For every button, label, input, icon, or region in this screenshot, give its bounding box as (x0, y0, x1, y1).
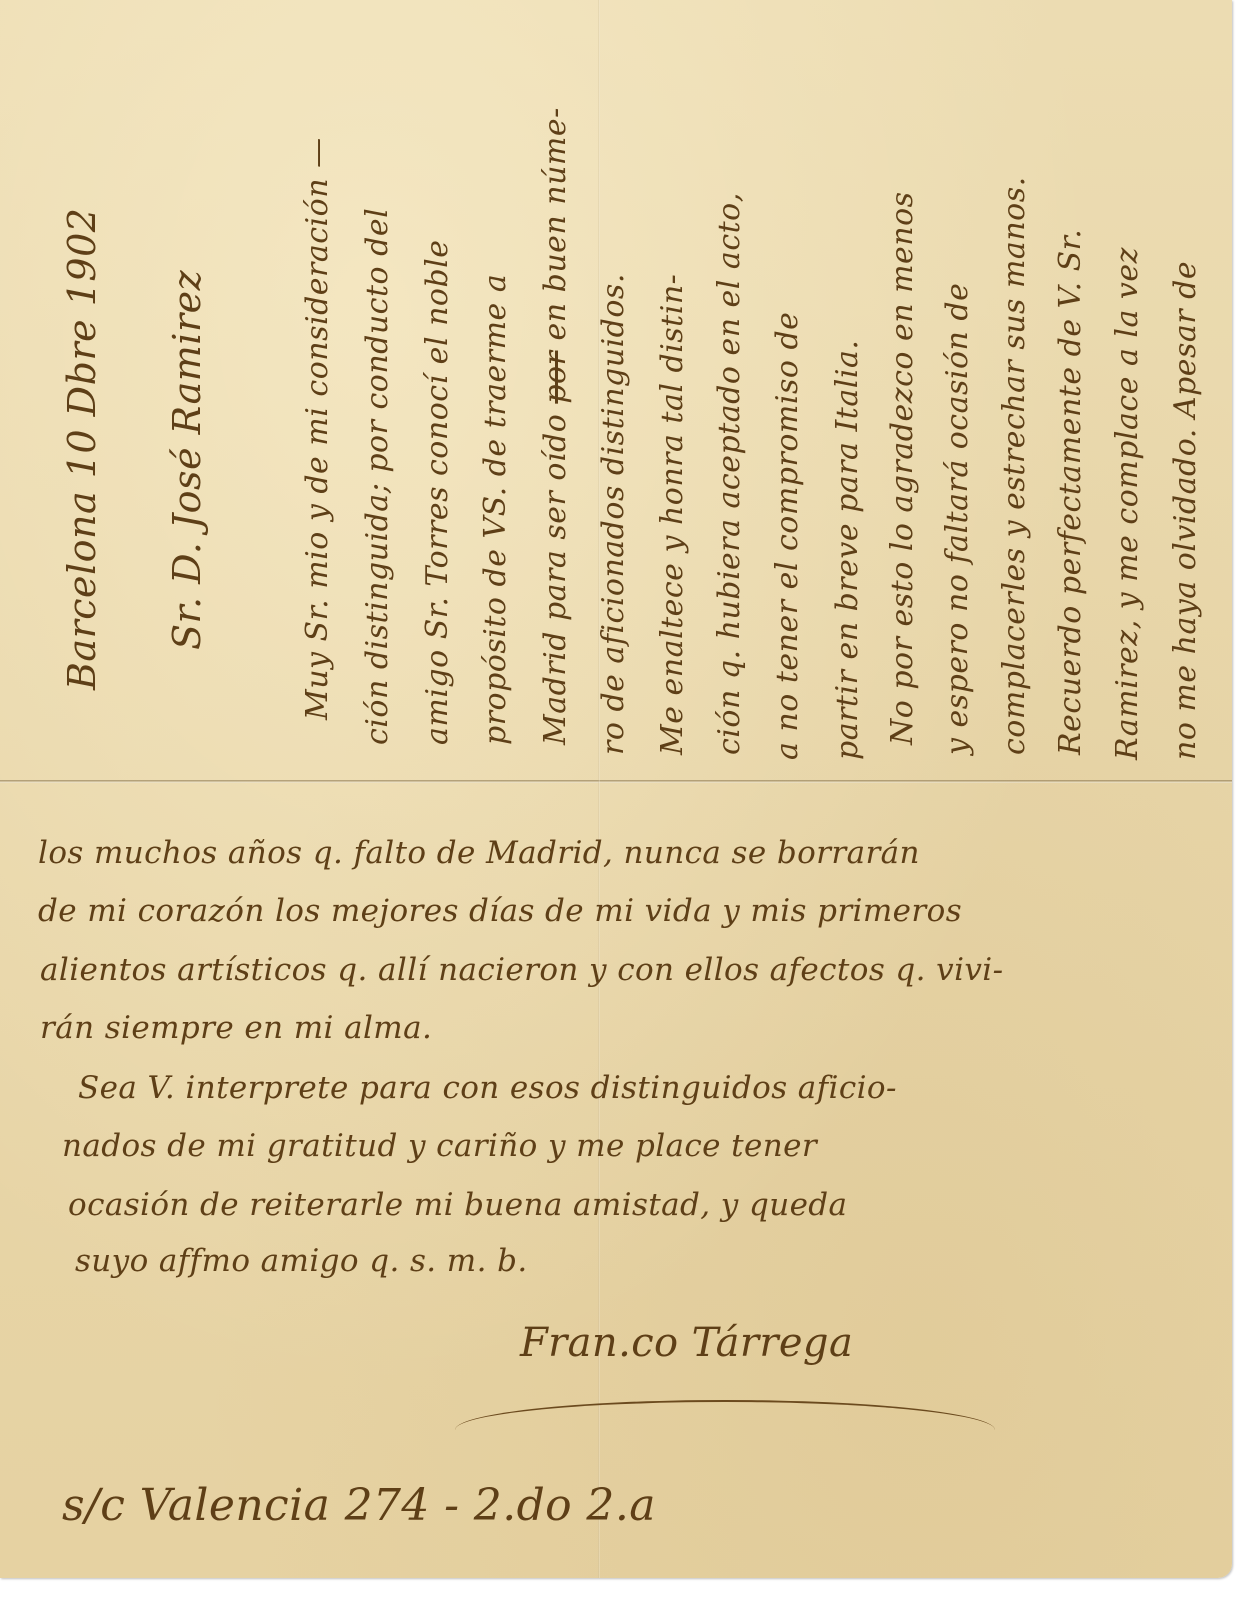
lower-line-5: Sea V. interprete para con esos distingu… (78, 1070, 897, 1106)
body-line-5-text: Madrid para ser oído (538, 414, 573, 745)
body-line-9: a no tener el compromiso de (770, 312, 805, 760)
horizontal-fold-crease (0, 780, 1232, 783)
body-line-8: ción q. hubiera aceptado en el acto, (712, 192, 747, 755)
body-line-2: ción distinguida; por conducto del (360, 208, 395, 745)
addressee: Sr. D. José Ramirez (165, 270, 209, 650)
lower-line-7: ocasión de reiterarle mi buena amistad, … (68, 1187, 847, 1223)
body-line-16: no me haya olvidado. Apesar de (1168, 261, 1203, 760)
lower-line-1: los muchos años q. falto de Madrid, nunc… (38, 835, 920, 871)
body-line-15: Ramirez, y me complace a la vez (1110, 247, 1145, 760)
body-line-5: Madrid para ser oído por en buen núme- (538, 107, 573, 745)
body-line-6: ro de aficionados distinguidos. (596, 273, 631, 755)
body-line-5-cont: en buen núme- (538, 107, 573, 340)
lower-line-2: de mi corazón los mejores días de mi vid… (38, 893, 962, 929)
lower-line-6: nados de mi gratitud y cariño y me place… (62, 1128, 817, 1164)
lower-line-4: rán siempre en mi alma. (40, 1010, 432, 1046)
body-line-11: No por esto lo agradezco en menos (885, 191, 920, 745)
body-line-13: complacerles y estrechar sus manos. (997, 176, 1032, 755)
body-line-10: partir en breve para Italia. (830, 340, 865, 760)
lower-line-8: suyo affmo amigo q. s. m. b. (75, 1243, 528, 1279)
body-line-12: y espero no faltará ocasión de (940, 283, 975, 755)
body-line-14: Recuerdo perfectamente de V. Sr. (1053, 229, 1088, 755)
body-line-4: propósito de VS. de traerme a (478, 274, 513, 745)
signature: Fran.co Tárrega (520, 1320, 853, 1366)
lower-line-3: alientos artísticos q. allí nacieron y c… (40, 952, 1004, 988)
struck-word: por (538, 351, 573, 404)
sender-address: s/c Valencia 274 - 2.do 2.a (62, 1480, 656, 1531)
body-line-7: Me enaltece y honra tal distin- (655, 274, 690, 755)
body-line-3: amigo Sr. Torres conocí el noble (420, 239, 455, 745)
place-date: Barcelona 10 Dbre 1902 (60, 208, 104, 690)
body-line-1: Muy Sr. mio y de mi consideración — (300, 137, 335, 720)
